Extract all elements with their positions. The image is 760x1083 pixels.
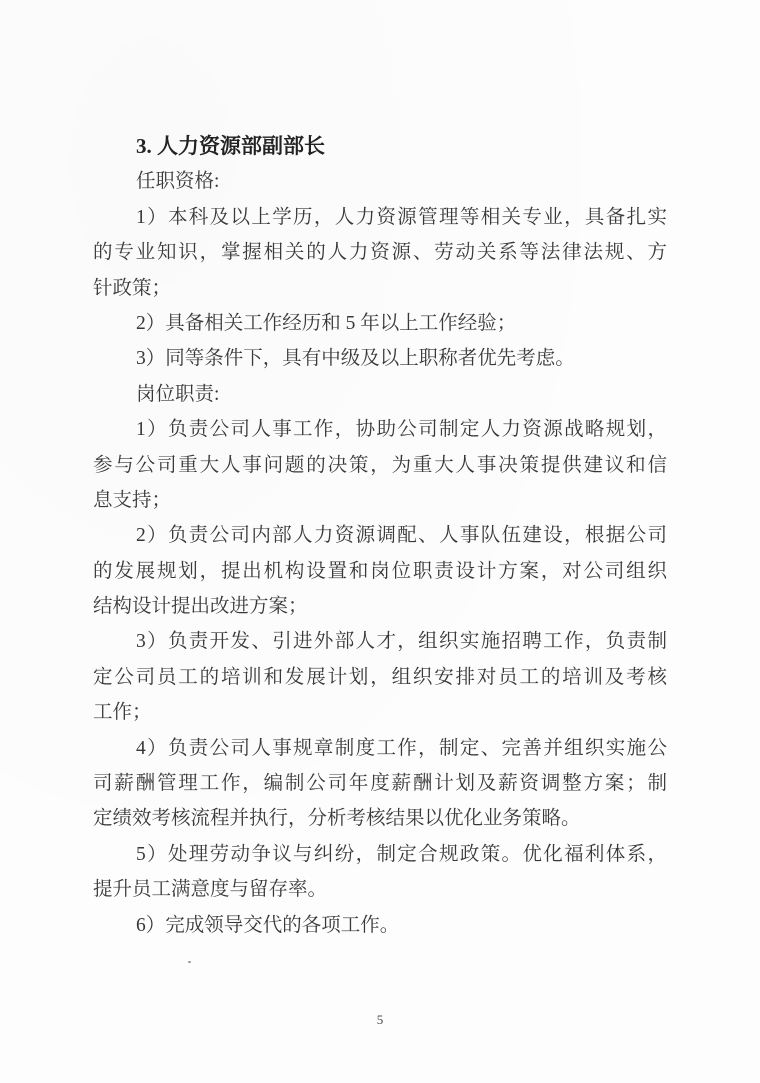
qualification-item-line: 3）同等条件下，具有中级及以上职称者优先考虑。 [93, 341, 667, 376]
duty-item-line: 司薪酬管理工作，编制公司年度薪酬计划及薪资调整方案；制 [93, 766, 667, 801]
duty-item-line: 的发展规划，提出机构设置和岗位职责设计方案，对公司组织 [93, 554, 667, 589]
qualifications-label: 任职资格: [93, 164, 667, 199]
qualification-item-line: 的专业知识，掌握相关的人力资源、劳动关系等法律法规、方 [93, 235, 667, 270]
scan-speck [188, 961, 191, 963]
duty-item-line: 结构设计提出改进方案； [93, 589, 667, 624]
duty-item-line: 2）负责公司内部人力资源调配、人事队伍建设，根据公司 [93, 518, 667, 553]
page-number: 5 [0, 1012, 760, 1028]
duty-item-line: 定绩效考核流程并执行，分析考核结果以优化业务策略。 [93, 801, 667, 836]
qualification-item-line: 2）具备相关工作经历和 5 年以上工作经验； [93, 306, 667, 341]
duty-item-line: 5）处理劳动争议与纠纷，制定合规政策。优化福利体系， [93, 837, 667, 872]
qualification-item-line: 针政策； [93, 271, 667, 306]
section-heading: 3. 人力资源部副部长 [93, 129, 667, 164]
duty-item-line: 1）负责公司人事工作，协助公司制定人力资源战略规划， [93, 412, 667, 447]
duties-label: 岗位职责: [93, 377, 667, 412]
duty-item-line: 定公司员工的培训和发展计划，组织安排对员工的培训及考核 [93, 660, 667, 695]
duty-item-line: 4）负责公司人事规章制度工作，制定、完善并组织实施公 [93, 731, 667, 766]
duty-item-line: 参与公司重大人事问题的决策，为重大人事决策提供建议和信 [93, 448, 667, 483]
document-page: 3. 人力资源部副部长 任职资格: 1）本科及以上学历，人力资源管理等相关专业，… [0, 0, 760, 1083]
qualification-item-line: 1）本科及以上学历，人力资源管理等相关专业，具备扎实 [93, 200, 667, 235]
duty-item-line: 3）负责开发、引进外部人才，组织实施招聘工作，负责制 [93, 624, 667, 659]
duty-item-line: 6）完成领导交代的各项工作。 [93, 908, 667, 943]
duty-item-line: 提升员工满意度与留存率。 [93, 872, 667, 907]
document-body: 3. 人力资源部副部长 任职资格: 1）本科及以上学历，人力资源管理等相关专业，… [93, 129, 667, 943]
duty-item-line: 工作； [93, 695, 667, 730]
duty-item-line: 息支持； [93, 483, 667, 518]
